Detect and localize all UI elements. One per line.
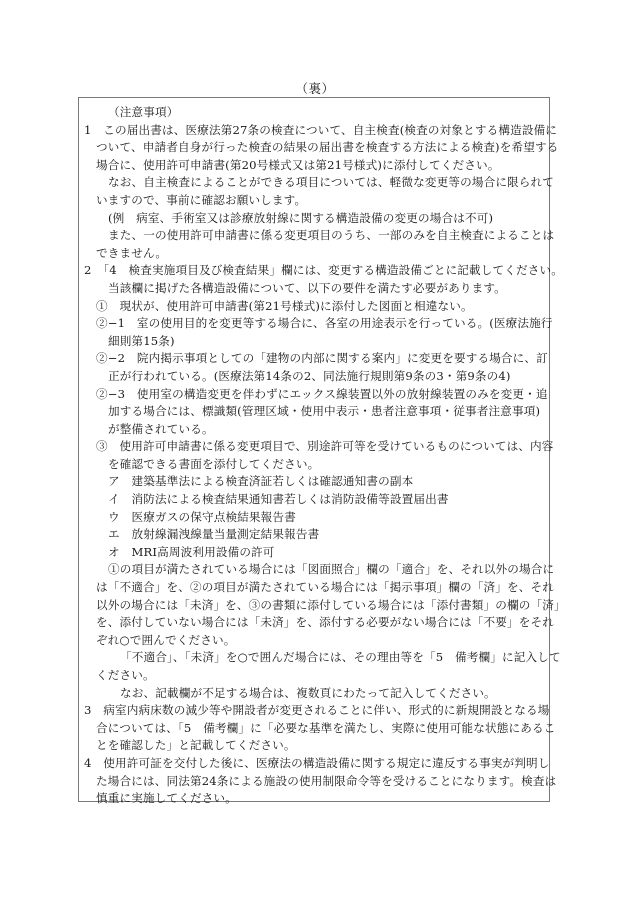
note-line: いますので、事前に確認お願いします。 xyxy=(84,192,541,210)
note-line: ②−3 使用室の構造変更を伴わずにエックス線装置以外の放射線装置のみを変更・追 xyxy=(84,386,541,404)
note-line: を、添付していない場合には「未済」を、添付する必要がない場合には「不要」をそれ xyxy=(84,614,541,632)
note-line: ① 現状が、使用許可申請書(第21号様式)に添付した図面と相違ない。 xyxy=(84,298,541,316)
note-line: 加する場合には、標識類(管理区域・使用中表示・患者注意事項・従事者注意事項) xyxy=(84,403,541,421)
note-line: なお、記載欄が不足する場合は、複数頁にわたって記入してください。 xyxy=(84,685,541,703)
note-line: できません。 xyxy=(84,245,541,263)
note-line: ②−1 室の使用目的を変更等する場合に、各室の用途表示を行っている。(医療法施行 xyxy=(84,315,541,333)
note-line: ア 建築基準法による検査済証若しくは確認通知書の副本 xyxy=(84,473,541,491)
note-line: ①の項目が満たされている場合には「図面照合」欄の「適合」を、それ以外の場合に xyxy=(84,561,541,579)
note-line: とを確認した」と記載してください。 xyxy=(84,737,541,755)
note-line: ③ 使用許可申請書に係る変更項目で、別途許可等を受けているものについては、内容 xyxy=(84,438,541,456)
note-line: 当該欄に掲げた各構造設備について、以下の要件を満たす必要があります。 xyxy=(84,280,541,298)
note-line: (例 病室、手術室又は診療放射線に関する構造設備の変更の場合は不可) xyxy=(84,210,541,228)
note-line: 4 使用許可証を交付した後に、医療法の構造設備に関する規定に違反する事実が判明し xyxy=(84,755,541,773)
note-line: ②−2 院内掲示事項としての「建物の内部に関する案内」に変更を要する場合に、訂 xyxy=(84,350,541,368)
note-line: 以外の場合には「未済」を、③の書類に添付している場合には「添付書類」の欄の「済」 xyxy=(84,597,541,615)
notes-box: （注意事項） 1 この届出書は、医療法第27条の検査について、自主検査(検査の対… xyxy=(78,97,550,802)
note-line: ください。 xyxy=(84,667,541,685)
note-line: 2 「4 検査実施項目及び検査結果」欄には、変更する構造設備ごとに記載してくださ… xyxy=(84,262,541,280)
note-line: エ 放射線漏洩線量当量測定結果報告書 xyxy=(84,526,541,544)
note-line: が整備されている。 xyxy=(84,421,541,439)
note-line: ついて、申請者自身が行った検査の結果の届出書を検査する方法による検査)を希望する xyxy=(84,139,541,157)
note-line: た場合には、同法第24条による施設の使用制限命令等を受けることになります。検査は xyxy=(84,773,541,791)
notes-lines: 1 この届出書は、医療法第27条の検査について、自主検査(検査の対象とする構造設… xyxy=(84,122,541,808)
note-line: 細則第15条) xyxy=(84,333,541,351)
page-title: （裏） xyxy=(0,79,630,97)
note-line: 正が行われている。(医療法第14条の2、同法施行規則第9条の3・第9条の4) xyxy=(84,368,541,386)
note-line: また、一の使用許可申請書に係る変更項目のうち、一部のみを自主検査によることは xyxy=(84,227,541,245)
note-line: 3 病室内病床数の減少等や開設者が変更されることに伴い、形式的に新規開設となる場 xyxy=(84,702,541,720)
note-line: なお、自主検査によることができる項目については、軽微な変更等の場合に限られて xyxy=(84,174,541,192)
note-line: オ MRI高周波利用設備の許可 xyxy=(84,544,541,562)
note-line: 1 この届出書は、医療法第27条の検査について、自主検査(検査の対象とする構造設… xyxy=(84,122,541,140)
notes-heading: （注意事項） xyxy=(84,104,541,122)
note-line: イ 消防法による検査結果通知書若しくは消防設備等設置届出書 xyxy=(84,491,541,509)
note-line: 慎重に実施してください。 xyxy=(84,790,541,808)
note-line: ぞれ○で囲んでください。 xyxy=(84,632,541,650)
note-line: は「不適合」を、②の項目が満たされている場合には「掲示事項」欄の「済」を、それ xyxy=(84,579,541,597)
note-line: 「不適合」、「未済」を○で囲んだ場合には、その理由等を「5 備考欄」に記入して xyxy=(84,649,541,667)
note-line: 合については、「5 備考欄」に「必要な基準を満たし、実際に使用可能な状態にあるこ xyxy=(84,720,541,738)
note-line: ウ 医療ガスの保守点検結果報告書 xyxy=(84,509,541,527)
note-line: 場合に、使用許可申請書(第20号様式又は第21号様式)に添付してください。 xyxy=(84,157,541,175)
note-line: を確認できる書面を添付してください。 xyxy=(84,456,541,474)
